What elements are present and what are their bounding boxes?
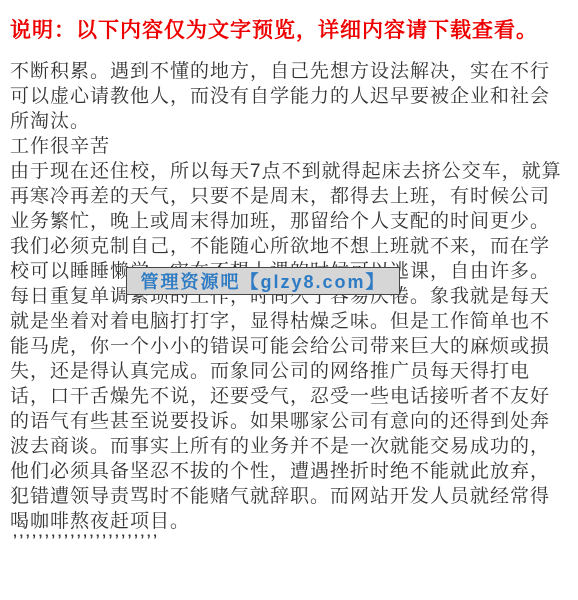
text-line: 失，还是得认真完成。而象同公司的网络推广员每天得打电 [10, 359, 570, 384]
ellipsis-row: ’’’’’’’’’’’’’’’’’’’’’’’ [13, 531, 160, 547]
text-line: 的语气有些甚至说要投诉。如果哪家公司有意向的还得到处奔 [10, 409, 570, 434]
text-line: 再寒冷再差的天气，只要不是周末，都得去上班，有时候公司 [10, 184, 570, 209]
text-line: 不断积累。遇到不懂的地方，自己先想方设法解决，实在不行 [10, 59, 570, 84]
preview-page: 说明：以下内容仅为文字预览，详细内容请下载查看。 不断积累。遇到不懂的地方，自己… [0, 0, 578, 600]
text-line: 可以虚心请教他人，而没有自学能力的人迟早要被企业和社会 [10, 84, 570, 109]
preview-notice: 说明：以下内容仅为文字预览，详细内容请下载查看。 [10, 14, 538, 44]
text-line: 他们必须具备坚忍不拔的个性，遭遇挫折时绝不能就此放弃， [10, 459, 570, 484]
text-line: 能马虎，你一个小小的错误可能会给公司带来巨大的麻烦或损 [10, 334, 570, 359]
text-line: 工作很辛苦 [10, 134, 570, 159]
watermark-text: 管理资源吧【glzy8.com】 [140, 268, 385, 294]
watermark-badge: 管理资源吧【glzy8.com】 [126, 267, 400, 295]
text-line: 由于现在还住校，所以每天7点不到就得起床去挤公交车，就算 [10, 159, 570, 184]
text-line: 就是坐着对着电脑打打字，显得枯燥乏味。但是工作简单也不 [10, 309, 570, 334]
text-line: 犯错遭领导责骂时不能赌气就辞职。而网站开发人员就经常得 [10, 484, 570, 509]
text-line: 所淘汰。 [10, 109, 570, 134]
text-line: 波去商谈。而事实上所有的业务并不是一次就能交易成功的， [10, 434, 570, 459]
text-line: 我们必须克制自己，不能随心所欲地不想上班就不来，而在学 [10, 234, 570, 259]
text-line: 业务繁忙，晚上或周末得加班，那留给个人支配的时间更少。 [10, 209, 570, 234]
text-line: 话，口干舌燥先不说，还要受气，忍受一些电话接听者不友好 [10, 384, 570, 409]
document-body: 不断积累。遇到不懂的地方，自己先想方设法解决，实在不行可以虚心请教他人，而没有自… [10, 59, 570, 534]
